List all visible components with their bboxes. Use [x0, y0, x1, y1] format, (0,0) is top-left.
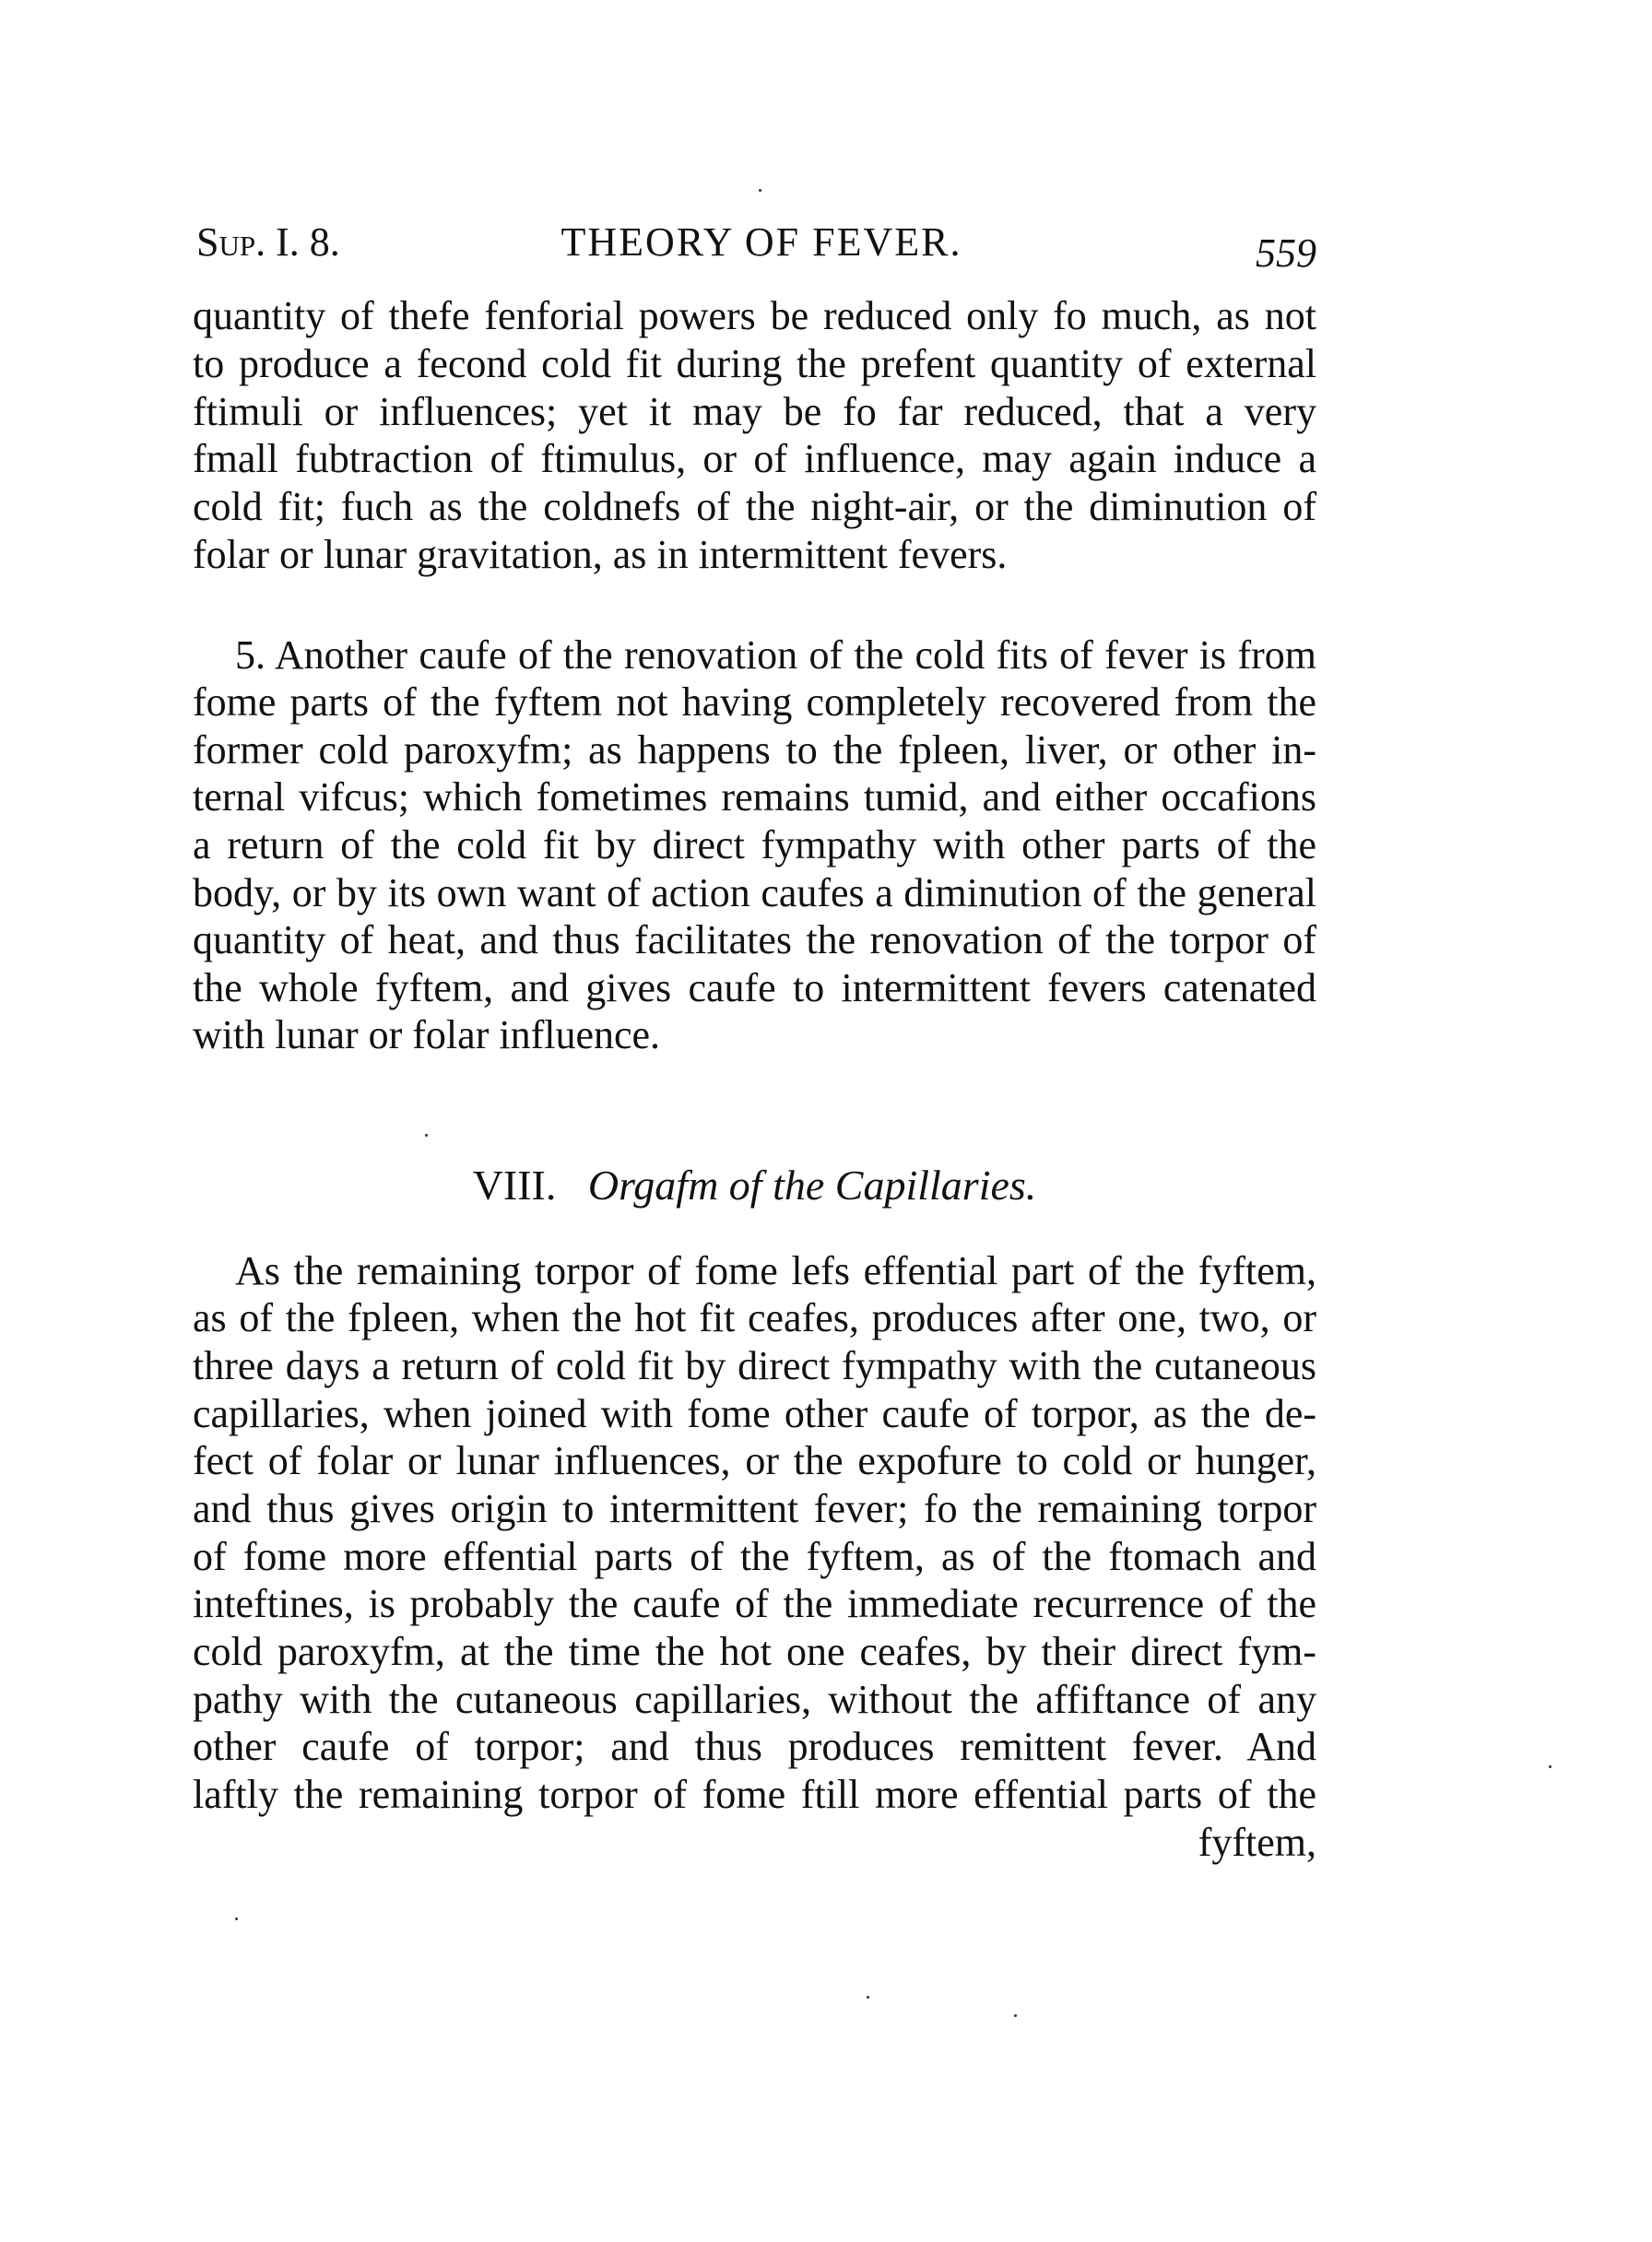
text-line: as of the fpleen, when the hot fit ceafe… — [193, 1298, 1316, 1339]
text-line: capillaries, when joined with fome other… — [193, 1394, 1316, 1434]
text-line: folar or lunar gravitation, as in interm… — [193, 535, 1316, 575]
book-page: Sup. I. 8. THEORY OF FEVER. 559 quantity… — [0, 0, 1652, 2242]
section-title: Orgafm of the Capillaries. — [588, 1162, 1036, 1209]
text-line: 5. Another caufe of the renovation of th… — [235, 635, 1316, 676]
text-line: fome parts of the fyftem not having comp… — [193, 682, 1316, 723]
section-numeral: VIII. — [473, 1162, 557, 1209]
text-line: and thus gives origin to intermittent fe… — [193, 1489, 1316, 1529]
text-line: quantity of heat, and thus facilitates t… — [193, 920, 1316, 961]
text-line: ternal vifcus; which fometimes remains t… — [193, 777, 1316, 818]
text-line: pathy with the cutaneous capillaries, wi… — [193, 1680, 1316, 1720]
page-number: 559 — [1254, 233, 1316, 274]
scan-speck — [1549, 1765, 1552, 1768]
text-line: a return of the cold fit by direct fympa… — [193, 825, 1316, 866]
scan-speck — [867, 1996, 869, 1999]
text-line: fect of folar or lunar influences, or th… — [193, 1441, 1316, 1481]
section-heading: VIII. Orgafm of the Capillaries. — [193, 1164, 1316, 1207]
catchword: fyftem, — [193, 1823, 1316, 1863]
running-head-section: Sup. I. 8. — [196, 222, 340, 263]
scan-speck — [235, 1917, 238, 1920]
text-line: As the remaining torpor of fome lefs eff… — [235, 1251, 1316, 1292]
text-line: the whole fyftem, and gives caufe to int… — [193, 968, 1316, 1009]
scan-speck — [759, 189, 761, 192]
text-line: body, or by its own want of action caufe… — [193, 873, 1316, 914]
text-line: of fome more effential parts of the fyft… — [193, 1537, 1316, 1577]
text-line: laftly the remaining torpor of fome ftil… — [193, 1775, 1316, 1815]
text-line: other caufe of torpor; and thus produces… — [193, 1727, 1316, 1767]
text-line: cold fit; fuch as the coldnefs of the ni… — [193, 487, 1316, 527]
scan-speck — [1014, 2014, 1017, 2017]
scan-speck — [425, 1134, 428, 1137]
text-line: quantity of thefe fenforial powers be re… — [193, 296, 1316, 336]
text-line: inteftines, is probably the caufe of the… — [193, 1584, 1316, 1624]
text-line: to produce a fecond cold fit during the … — [193, 344, 1316, 384]
text-line: ftimuli or influences; yet it may be fo … — [193, 392, 1316, 432]
text-line: former cold paroxyfm; as happens to the … — [193, 730, 1316, 771]
running-head-title: THEORY OF FEVER. — [550, 222, 973, 263]
text-line: three days a return of cold fit by direc… — [193, 1346, 1316, 1386]
text-line: fmall fubtraction of ftimulus, or of inf… — [193, 439, 1316, 479]
text-line: with lunar or folar influence. — [193, 1015, 1316, 1056]
text-line: cold paroxyfm, at the time the hot one c… — [193, 1632, 1316, 1672]
